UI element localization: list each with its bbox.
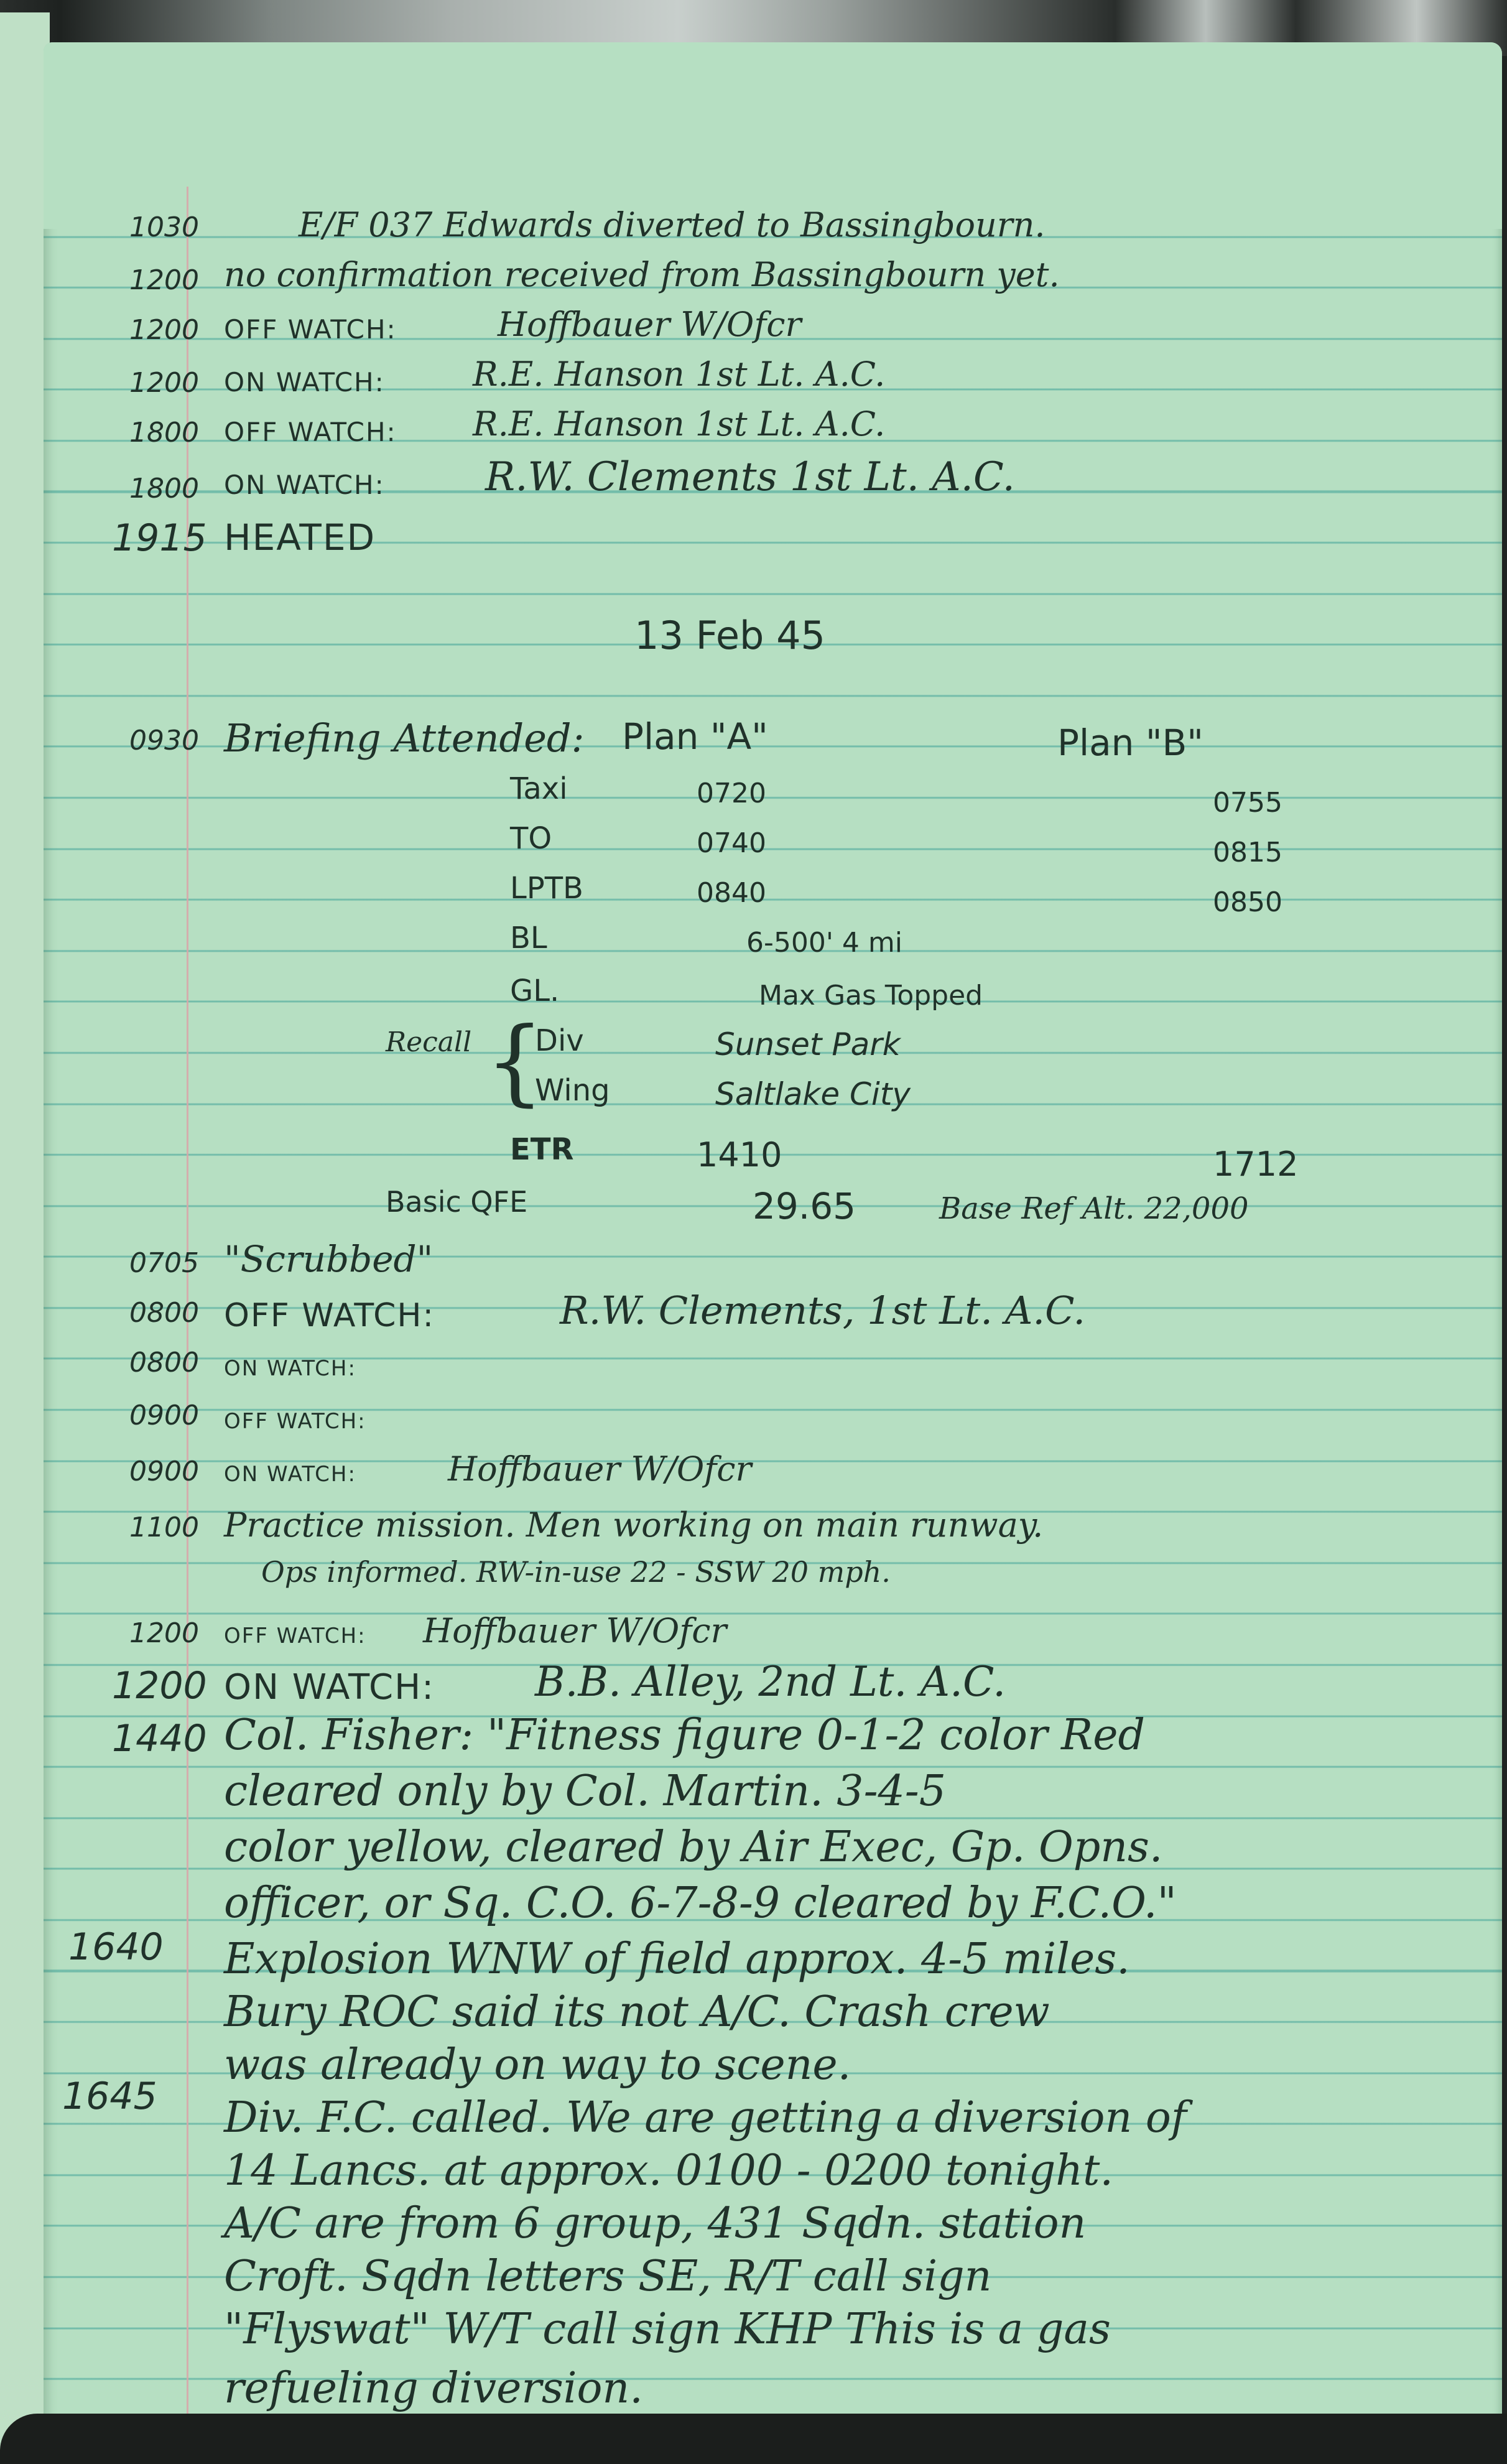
- bottom-shadow: [0, 2414, 1507, 2464]
- plan-a-value: 0840: [697, 877, 766, 909]
- briefing-row-label: GL.: [510, 974, 559, 1008]
- entry-time: 1200: [112, 264, 199, 296]
- watch-signature: Hoffbauer W/Ofcr: [448, 1449, 751, 1489]
- watch-signature: Hoffbauer W/Ofcr: [498, 305, 801, 344]
- watch-label: ON WATCH:: [224, 470, 385, 500]
- entry-text: E/F 037 Edwards diverted to Bassingbourn…: [299, 205, 1046, 244]
- entry-time: 1800: [112, 417, 199, 449]
- plan-b-value: 0815: [1213, 837, 1282, 868]
- entry-time: 1645: [62, 2075, 149, 2118]
- watch-label: ON WATCH:: [224, 1667, 435, 1708]
- etr-plan-a: 1410: [697, 1135, 782, 1174]
- qfe-value: 29.65: [753, 1185, 856, 1227]
- entry-time: 0800: [112, 1297, 199, 1329]
- entry-text: no confirmation received from Bassingbou…: [224, 255, 1060, 294]
- entry-text: HEATED: [224, 516, 376, 559]
- entry-line: Croft. Sqdn letters SE, R/T call sign: [224, 2252, 991, 2301]
- entry-time: 0705: [112, 1247, 199, 1279]
- plan-a-value: 6-500' 4 mi: [746, 927, 902, 959]
- watch-label: OFF WATCH:: [224, 1624, 366, 1648]
- entry-time: 0900: [112, 1400, 199, 1431]
- entry-time: 1640: [68, 1925, 155, 1969]
- watch-label: ON WATCH:: [224, 1462, 356, 1487]
- plan-a-value: Max Gas Topped: [759, 980, 983, 1011]
- briefing-row-label: Taxi: [510, 771, 568, 806]
- entry-line: color yellow, cleared by Air Exec, Gp. O…: [224, 1823, 1163, 1872]
- briefing-row-label: TO: [510, 821, 552, 856]
- entry-line: A/C are from 6 group, 431 Sqdn. station: [224, 2199, 1086, 2248]
- entry-line: "Flyswat" W/T call sign KHP This is a ga…: [224, 2305, 1111, 2354]
- briefing-row-label: BL: [510, 921, 547, 955]
- entry-line: Col. Fisher: "Fitness figure 0-1-2 color…: [224, 1711, 1145, 1760]
- recall-row-label: Wing: [535, 1073, 610, 1108]
- watch-signature: Hoffbauer W/Ofcr: [423, 1611, 726, 1650]
- watch-signature: R.E. Hanson 1st Lt. A.C.: [473, 404, 885, 444]
- entry-time: 1200: [112, 1617, 199, 1649]
- plan-a-value: 0720: [697, 778, 766, 809]
- watch-signature: R.W. Clements 1st Lt. A.C.: [485, 454, 1015, 500]
- entry-line: refueling diversion.: [224, 2364, 643, 2413]
- plan-a-value: 0740: [697, 827, 766, 859]
- entry-line: Explosion WNW of field approx. 4-5 miles…: [224, 1935, 1130, 1984]
- briefing-row-label: LPTB: [510, 871, 583, 906]
- entry-line: cleared only by Col. Martin. 3-4-5: [224, 1767, 946, 1816]
- entry-line: was already on way to scene.: [224, 2040, 851, 2090]
- plan-a-header: Plan "A": [622, 715, 768, 758]
- entry-time: 1800: [112, 473, 199, 504]
- watch-label: OFF WATCH:: [224, 1297, 435, 1334]
- entry-line: Bury ROC said its not A/C. Crash crew: [224, 1987, 1050, 2037]
- recall-row-label: Div: [535, 1023, 584, 1058]
- entry-time: 0900: [112, 1456, 199, 1487]
- recall-value: Sunset Park: [715, 1026, 901, 1062]
- watch-label: OFF WATCH:: [224, 1409, 366, 1434]
- page-header-blank: [44, 42, 1502, 229]
- entry-line: Div. F.C. called. We are getting a diver…: [224, 2093, 1187, 2142]
- facing-page-edge: [0, 12, 50, 2464]
- entry-line: Practice mission. Men working on main ru…: [224, 1505, 1043, 1545]
- watch-label: ON WATCH:: [224, 1356, 356, 1381]
- briefing-time: 0930: [112, 725, 199, 756]
- briefing-label: Briefing Attended:: [224, 715, 585, 761]
- entry-time: 1100: [112, 1512, 199, 1543]
- entry-time: 1200: [112, 367, 199, 399]
- watch-label: OFF WATCH:: [224, 417, 397, 447]
- plan-b-value: 0850: [1213, 886, 1282, 918]
- entry-line: 14 Lancs. at approx. 0100 - 0200 tonight…: [224, 2146, 1113, 2195]
- entry-line: officer, or Sq. C.O. 6-7-8-9 cleared by …: [224, 1879, 1177, 1928]
- qfe-label: Basic QFE: [386, 1185, 527, 1219]
- entry-text: "Scrubbed": [224, 1238, 433, 1280]
- watch-label: OFF WATCH:: [224, 314, 397, 345]
- entry-time: 1200: [112, 314, 199, 346]
- date-heading: 13 Feb 45: [634, 613, 825, 658]
- entry-time: 1440: [112, 1717, 199, 1760]
- plan-b-header: Plan "B": [1057, 722, 1203, 764]
- watch-signature: R.E. Hanson 1st Lt. A.C.: [473, 355, 885, 394]
- plan-b-value: 0755: [1213, 787, 1282, 819]
- qfe-note: Base Ref Alt. 22,000: [939, 1191, 1249, 1226]
- watch-label: ON WATCH:: [224, 367, 385, 397]
- entry-time: 1030: [112, 212, 199, 243]
- recall-label: Recall: [386, 1026, 471, 1058]
- entry-time: 1915: [112, 516, 199, 560]
- entry-time: 0800: [112, 1347, 199, 1378]
- recall-value: Saltlake City: [715, 1076, 911, 1112]
- entry-time: 1200: [112, 1664, 199, 1708]
- watch-signature: B.B. Alley, 2nd Lt. A.C.: [535, 1658, 1006, 1706]
- entry-line: Ops informed. RW-in-use 22 - SSW 20 mph.: [261, 1555, 891, 1589]
- watch-signature: R.W. Clements, 1st Lt. A.C.: [560, 1288, 1085, 1333]
- etr-label: ETR: [510, 1132, 574, 1167]
- etr-plan-b: 1712: [1213, 1145, 1298, 1184]
